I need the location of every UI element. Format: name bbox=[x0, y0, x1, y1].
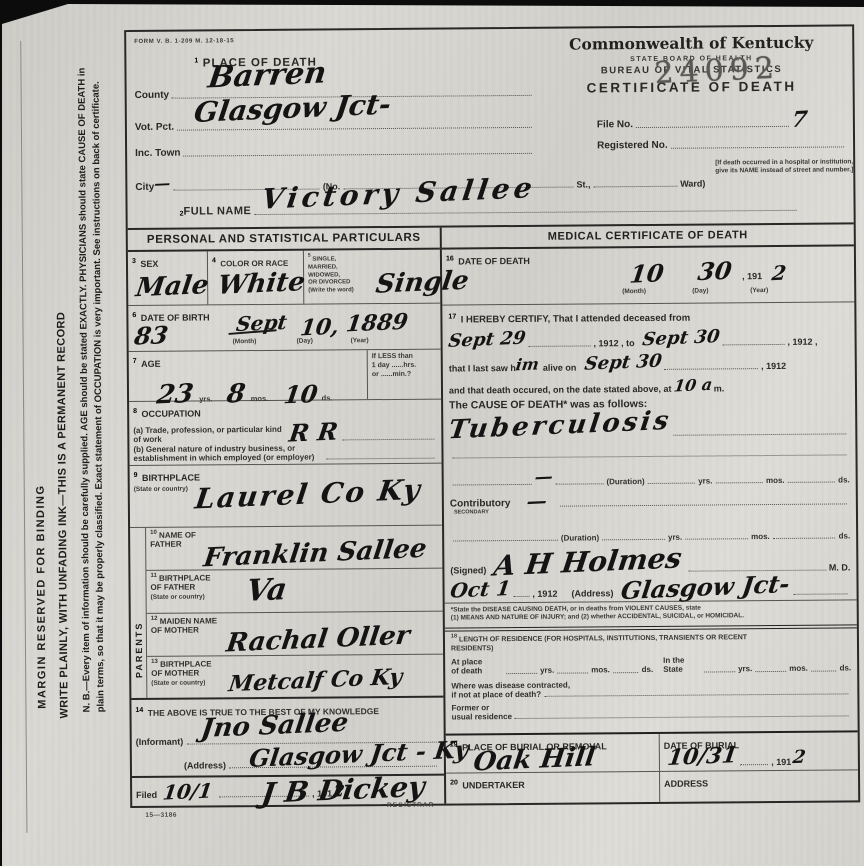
color-race-value-handwritten: White bbox=[216, 269, 306, 299]
county-label: County bbox=[135, 90, 170, 101]
medical-column: MEDICAL CERTIFICATE OF DEATH 16 DATE OF … bbox=[440, 224, 859, 803]
personal-section-title: PERSONAL AND STATISTICAL PARTICULARS bbox=[128, 228, 440, 252]
sex-color-marital-row: 3 SEX Male 4 COLOR OR RACE White 5 bbox=[128, 250, 440, 306]
marital-label-3: WIDOWED, bbox=[308, 272, 340, 278]
birthplace-value-handwritten: Laurel Co Ky bbox=[193, 476, 423, 514]
marital-label-1: SINGLE, bbox=[312, 256, 336, 262]
birthplace-row: 9 BIRTHPLACE (State or country) Laurel C… bbox=[130, 464, 442, 528]
last-saw-mid: alive on bbox=[543, 363, 577, 373]
registrar-label: REGISTRAR bbox=[387, 802, 434, 809]
burial-row: 19 PLACE OF BURIAL OR REMOVAL Oak Hill D… bbox=[446, 732, 858, 773]
marital-cell: 5 SINGLE, MARRIED, WIDOWED, OR DIVORCED … bbox=[304, 250, 440, 304]
sex-cell: 3 SEX Male bbox=[128, 251, 208, 305]
dotted-leader bbox=[613, 670, 639, 673]
inc-town-line: Inc. Town bbox=[135, 145, 535, 159]
age-row: 7 AGE 23 yrs. 8 mos. 10 ds. bbox=[129, 350, 441, 402]
dotted-leader bbox=[794, 591, 848, 594]
duration2-yrs: yrs. bbox=[668, 533, 682, 542]
father-birthplace-sub: (State or country) bbox=[151, 594, 205, 601]
occupation-number: 8 bbox=[133, 408, 137, 415]
father-name-row: 10 NAME OF FATHER Franklin Sallee bbox=[146, 526, 442, 571]
registered-no-label: Registered No. bbox=[597, 140, 668, 152]
date-of-death-row: 16 DATE OF DEATH 10 (Month) 30 (Day) , 1… bbox=[442, 246, 854, 305]
dod-month-handwritten: 10 bbox=[628, 261, 665, 286]
residence-ds-1: ds. bbox=[642, 665, 654, 674]
residence-mos-1: mos. bbox=[591, 666, 610, 675]
dotted-leader bbox=[453, 538, 558, 542]
cause-footnote-line2: (1) MEANS AND NATURE OF INJURY; and (2) … bbox=[451, 613, 744, 622]
last-saw-him-handwritten: im bbox=[515, 356, 540, 373]
burial-date-year-handwritten: 2 bbox=[792, 749, 807, 768]
duration2-mos: mos. bbox=[751, 532, 770, 541]
color-race-cell: 4 COLOR OR RACE White bbox=[208, 251, 304, 305]
certify-block: 17 I HEREBY CERTIFY, That I attended dec… bbox=[442, 302, 855, 397]
mother-name-label-2: OF MOTHER bbox=[151, 626, 199, 635]
dotted-leader bbox=[453, 452, 847, 458]
parents-block: PARENTS 10 NAME OF FATHER Franklin Salle… bbox=[130, 526, 443, 700]
voting-precinct-label: Vot. Pct. bbox=[135, 122, 174, 133]
dod-day-label: (Day) bbox=[692, 287, 708, 296]
dod-day-handwritten: 30 bbox=[696, 259, 733, 284]
occupation-label: OCCUPATION bbox=[141, 408, 200, 418]
filed-row: Filed 10/1 , 191 2 J B Dickey REGISTRAR bbox=[132, 776, 444, 806]
inc-town-label: Inc. Town bbox=[135, 148, 180, 159]
marital-sub-label: (Write the word) bbox=[308, 287, 354, 293]
signed-date-printed: , 1912 bbox=[532, 589, 557, 599]
attended-from-handwritten: Sept 29 bbox=[447, 330, 526, 351]
duration2-label: (Duration) bbox=[561, 533, 599, 542]
dotted-leader bbox=[557, 670, 588, 673]
dob-day-handwritten: 10, bbox=[299, 316, 340, 340]
file-no-line: File No. 7 bbox=[597, 108, 847, 130]
if-less-line2: 1 day ......hrs. bbox=[372, 362, 416, 369]
in-state-label-1: In the bbox=[663, 656, 684, 665]
parents-label-cell: PARENTS bbox=[130, 528, 147, 698]
city-label: City bbox=[135, 182, 154, 193]
duration1-yrs: yrs. bbox=[698, 476, 712, 485]
dotted-leader bbox=[544, 691, 848, 696]
contracted-label-2: if not at place of death? bbox=[451, 690, 541, 700]
last-saw-date-handwritten: Sept 30 bbox=[583, 353, 662, 374]
father-birthplace-value-handwritten: Va bbox=[244, 575, 288, 607]
city-dash-handwritten: — bbox=[153, 175, 171, 192]
file-no-label: File No. bbox=[597, 119, 633, 130]
dotted-leader bbox=[594, 184, 678, 188]
undertaker-label: UNDERTAKER bbox=[462, 780, 524, 790]
age-label: AGE bbox=[141, 359, 161, 369]
death-occured-post: m. bbox=[714, 383, 725, 393]
duration1-dash-handwritten: — bbox=[534, 468, 554, 487]
residence-yrs-2: yrs. bbox=[738, 665, 752, 674]
dotted-leader bbox=[671, 144, 844, 148]
dod-label: DATE OF DEATH bbox=[458, 256, 530, 267]
dotted-leader bbox=[528, 343, 590, 346]
dod-year-handwritten: 2 bbox=[771, 263, 788, 284]
attended-to-post: , 1912 , bbox=[787, 337, 817, 347]
if-less-line3: or ......min.? bbox=[372, 371, 411, 378]
dob-stray-handwritten: 83 bbox=[133, 323, 170, 348]
cause-value-handwritten: Tuberculosis bbox=[447, 408, 673, 443]
dotted-leader bbox=[664, 366, 758, 370]
place-of-death-number: 1 bbox=[194, 57, 198, 64]
dob-year-handwritten: 1889 bbox=[345, 311, 409, 336]
dotted-leader bbox=[755, 668, 786, 671]
undertaker-cell: 20 UNDERTAKER bbox=[446, 772, 660, 804]
marital-number: 5 bbox=[308, 253, 311, 259]
mother-name-number: 12 bbox=[151, 616, 158, 622]
dotted-leader bbox=[602, 537, 665, 540]
dotted-leader bbox=[343, 437, 435, 441]
occupation-row: 8 OCCUPATION (a) Trade, profession, or p… bbox=[129, 400, 441, 466]
dotted-leader bbox=[685, 536, 748, 539]
sex-number: 3 bbox=[132, 258, 136, 265]
signed-address-handwritten: Glasgow Jct- bbox=[619, 572, 791, 603]
scanned-paper: MARGIN RESERVED FOR BINDING WRITE PLAINL… bbox=[2, 4, 864, 866]
form-columns: PERSONAL AND STATISTICAL PARTICULARS 3 S… bbox=[128, 222, 859, 806]
if-less-line1: If LESS than bbox=[372, 353, 413, 360]
age-number: 7 bbox=[133, 358, 137, 365]
mother-name-row: 12 MAIDEN NAME OF MOTHER Rachal Oller bbox=[147, 612, 443, 657]
dotted-leader bbox=[648, 481, 696, 484]
contributory-label: Contributory bbox=[450, 498, 511, 509]
margin-note-binding: MARGIN RESERVED FOR BINDING bbox=[35, 484, 49, 708]
dotted-leader bbox=[740, 762, 768, 765]
duration1-mos: mos. bbox=[766, 476, 785, 485]
father-name-number: 10 bbox=[150, 530, 157, 536]
undertaker-address-cell: ADDRESS bbox=[660, 770, 858, 802]
mother-birthplace-sub: (State or country) bbox=[151, 680, 205, 687]
city-st-label: St., bbox=[576, 179, 590, 189]
burial-place-value-handwritten: Oak Hill bbox=[472, 744, 597, 775]
father-birthplace-row: 11 BIRTHPLACE OF FATHER (State or countr… bbox=[146, 569, 442, 614]
mother-name-label-1: MAIDEN NAME bbox=[160, 616, 217, 625]
burial-date-cell: DATE OF BURIAL 10/31 , 191 2 bbox=[660, 732, 858, 771]
if-less-cell: If LESS than 1 day ......hrs. or ......m… bbox=[367, 350, 441, 400]
personal-column: PERSONAL AND STATISTICAL PARTICULARS 3 S… bbox=[128, 228, 445, 806]
mother-name-value-handwritten: Rachal Oller bbox=[225, 623, 412, 657]
dob-number: 6 bbox=[132, 312, 136, 319]
document-tilt-wrapper: MARGIN RESERVED FOR BINDING WRITE PLAINL… bbox=[0, 0, 864, 866]
medical-section-title: MEDICAL CERTIFICATE OF DEATH bbox=[442, 224, 854, 249]
dod-year-printed: , 191 bbox=[742, 271, 762, 281]
dotted-leader bbox=[704, 669, 735, 672]
father-birthplace-label-1: BIRTHPLACE bbox=[159, 573, 211, 582]
binding-margin-rule bbox=[20, 41, 27, 833]
dotted-leader bbox=[183, 151, 532, 157]
full-name-label: FULL NAME bbox=[183, 205, 251, 218]
burial-date-handwritten: 10/31 bbox=[666, 744, 739, 769]
at-place-label-1: At place bbox=[451, 657, 482, 666]
father-name-label-1: NAME OF bbox=[159, 531, 196, 540]
contributory-dash-handwritten: — bbox=[525, 490, 548, 511]
dod-number: 16 bbox=[446, 255, 454, 262]
last-saw-pre: that I last saw h bbox=[449, 363, 516, 374]
attended-from-post: , 1912 , to bbox=[593, 338, 634, 348]
file-no-value-handwritten: 7 bbox=[790, 108, 808, 131]
dotted-leader bbox=[636, 124, 789, 128]
certificate-form: FORM V. B. 1-209 M. 12-18-15 1 PLACE OF … bbox=[124, 24, 860, 808]
undertaker-address-label: ADDRESS bbox=[664, 779, 708, 789]
last-saw-post: , 1912 bbox=[761, 361, 786, 371]
mother-birthplace-label-1: BIRTHPLACE bbox=[160, 659, 212, 668]
former-label-2: usual residence bbox=[452, 712, 513, 722]
signed-address-label: (Address) bbox=[571, 588, 613, 598]
duration1-label: (Duration) bbox=[606, 477, 644, 486]
undertaker-number: 20 bbox=[450, 779, 458, 786]
burial-date-printed: , 191 bbox=[771, 757, 791, 767]
occupation-a-value-handwritten: R R bbox=[288, 420, 340, 446]
attestation-number: 14 bbox=[135, 707, 143, 714]
form-number: FORM V. B. 1-209 M. 12-18-15 bbox=[134, 38, 234, 47]
informant-value-handwritten: Jno Sallee bbox=[200, 710, 350, 742]
date-of-birth-row: 6 DATE OF BIRTH 83 Sept (Month) 10, (Day… bbox=[128, 304, 440, 352]
cause-of-death-block: The CAUSE OF DEATH* was as follows: Tube… bbox=[443, 394, 856, 465]
occupation-a-label: (a) Trade, profession, or particular kin… bbox=[133, 424, 283, 444]
father-birthplace-number: 11 bbox=[150, 573, 156, 579]
father-name-value-handwritten: Franklin Sallee bbox=[202, 536, 428, 571]
signed-date-line: Oct 1 , 1912 (Address) Glasgow Jct- bbox=[444, 574, 856, 603]
signed-date-handwritten: Oct 1 bbox=[449, 578, 512, 601]
dotted-leader bbox=[715, 480, 763, 483]
residence-block: 18 LENGTH OF RESIDENCE (FOR HOSPITALS, I… bbox=[445, 628, 858, 735]
informant-label: (Informant) bbox=[136, 737, 184, 747]
dotted-leader bbox=[811, 668, 837, 671]
color-race-label: COLOR OR RACE bbox=[220, 259, 288, 269]
margin-note-write-plainly: WRITE PLAINLY, WITH UNFADING INK—THIS IS… bbox=[55, 312, 70, 719]
cause-footnote-line1: *State the DISEASE CAUSING DEATH, or in … bbox=[451, 605, 701, 614]
birthplace-label: BIRTHPLACE bbox=[142, 472, 200, 482]
father-birthplace-label-2: OF FATHER bbox=[150, 583, 195, 592]
dob-month-label: (Month) bbox=[233, 338, 257, 347]
mother-birthplace-label-2: OF MOTHER bbox=[151, 669, 199, 678]
duration2-ds: ds. bbox=[839, 531, 851, 540]
signed-line: (Signed) A H Holmes M. D. bbox=[444, 544, 856, 577]
cause-footnote: *State the DISEASE CAUSING DEATH, or in … bbox=[445, 600, 857, 631]
duration-line-1: — (Duration) yrs. mos. ds. bbox=[444, 462, 856, 491]
dotted-leader bbox=[773, 536, 836, 539]
dotted-leader bbox=[674, 431, 847, 435]
certify-number: 17 bbox=[448, 313, 456, 320]
md-label: M. D. bbox=[829, 562, 851, 572]
color-race-number: 4 bbox=[212, 257, 216, 264]
city-ward-label: Ward) bbox=[680, 179, 705, 189]
marital-label-2: MARRIED, bbox=[308, 264, 338, 270]
registered-no-line: Registered No. bbox=[597, 138, 847, 151]
dob-year-label: (Year) bbox=[351, 337, 369, 346]
signed-label: (Signed) bbox=[450, 565, 486, 575]
margin-note-nb: N. B.—Every item of information should b… bbox=[75, 64, 109, 712]
father-name-label-2: FATHER bbox=[150, 540, 181, 549]
duration1-ds: ds. bbox=[838, 475, 850, 484]
burial-place-cell: 19 PLACE OF BURIAL OR REMOVAL Oak Hill bbox=[446, 734, 660, 773]
undertaker-row: 20 UNDERTAKER ADDRESS bbox=[446, 770, 858, 803]
in-state-label-2: State bbox=[663, 665, 683, 674]
dotted-leader bbox=[515, 714, 849, 720]
birthplace-number: 9 bbox=[134, 472, 138, 479]
dotted-leader bbox=[788, 480, 836, 483]
dotted-leader bbox=[327, 456, 435, 460]
informant-address-label: (Address) bbox=[184, 760, 226, 770]
dod-month-label: (Month) bbox=[622, 288, 646, 297]
parents-vertical-label: PARENTS bbox=[134, 622, 144, 678]
at-place-label-2: of death bbox=[451, 667, 482, 676]
marital-label-4: OR DIVORCED bbox=[308, 280, 350, 286]
death-occured-pre: and that death occured, on the date stat… bbox=[449, 384, 672, 396]
mother-birthplace-number: 13 bbox=[151, 659, 158, 665]
sex-label: SEX bbox=[140, 259, 158, 269]
dotted-leader bbox=[556, 481, 604, 484]
county-value-handwritten: Barren bbox=[206, 58, 328, 93]
attended-to-handwritten: Sept 30 bbox=[641, 328, 720, 349]
mother-birthplace-value-handwritten: Metcalf Co Ky bbox=[227, 666, 403, 695]
sex-value-handwritten: Male bbox=[134, 272, 210, 301]
dod-year-label: (Year) bbox=[750, 287, 768, 296]
death-time-handwritten: 10 a bbox=[672, 377, 713, 395]
residence-mos-2: mos. bbox=[789, 664, 808, 673]
attestation-block: 14 THE ABOVE IS TRUE TO THE BEST OF MY K… bbox=[131, 698, 444, 778]
age-cell: 7 AGE 23 yrs. 8 mos. 10 ds. bbox=[129, 350, 367, 401]
print-code: 15—3186 bbox=[145, 812, 177, 819]
residence-yrs-1: yrs. bbox=[540, 666, 554, 675]
residence-number: 18 bbox=[451, 633, 457, 639]
hospital-note: [If death occurred in a hospital or inst… bbox=[715, 158, 853, 176]
filed-label: Filed bbox=[136, 790, 157, 800]
dotted-leader bbox=[453, 482, 532, 486]
mother-birthplace-row: 13 BIRTHPLACE OF MOTHER (State or countr… bbox=[147, 655, 443, 698]
dotted-leader bbox=[506, 670, 537, 673]
dob-day-label: (Day) bbox=[297, 338, 313, 347]
file-stamp-number: 24092 bbox=[654, 51, 781, 91]
parents-rows: 10 NAME OF FATHER Franklin Sallee 11 BIR… bbox=[146, 526, 443, 698]
dotted-leader bbox=[513, 594, 529, 597]
certify-intro: I HEREBY CERTIFY, That I attended deceas… bbox=[461, 313, 691, 326]
filed-date-handwritten: 10/1 bbox=[162, 781, 214, 803]
dotted-leader bbox=[722, 342, 784, 345]
voting-precinct-value-handwritten: Glasgow Jct- bbox=[192, 91, 392, 127]
residence-label: LENGTH OF RESIDENCE (FOR HOSPITALS, INST… bbox=[451, 634, 747, 652]
contributory-line: Contributory — SECONDARY bbox=[444, 488, 856, 521]
commonwealth-title: Commonwealth of Kentucky bbox=[526, 32, 856, 54]
residence-ds-2: ds. bbox=[840, 664, 852, 673]
burial-number: 19 bbox=[450, 741, 458, 748]
